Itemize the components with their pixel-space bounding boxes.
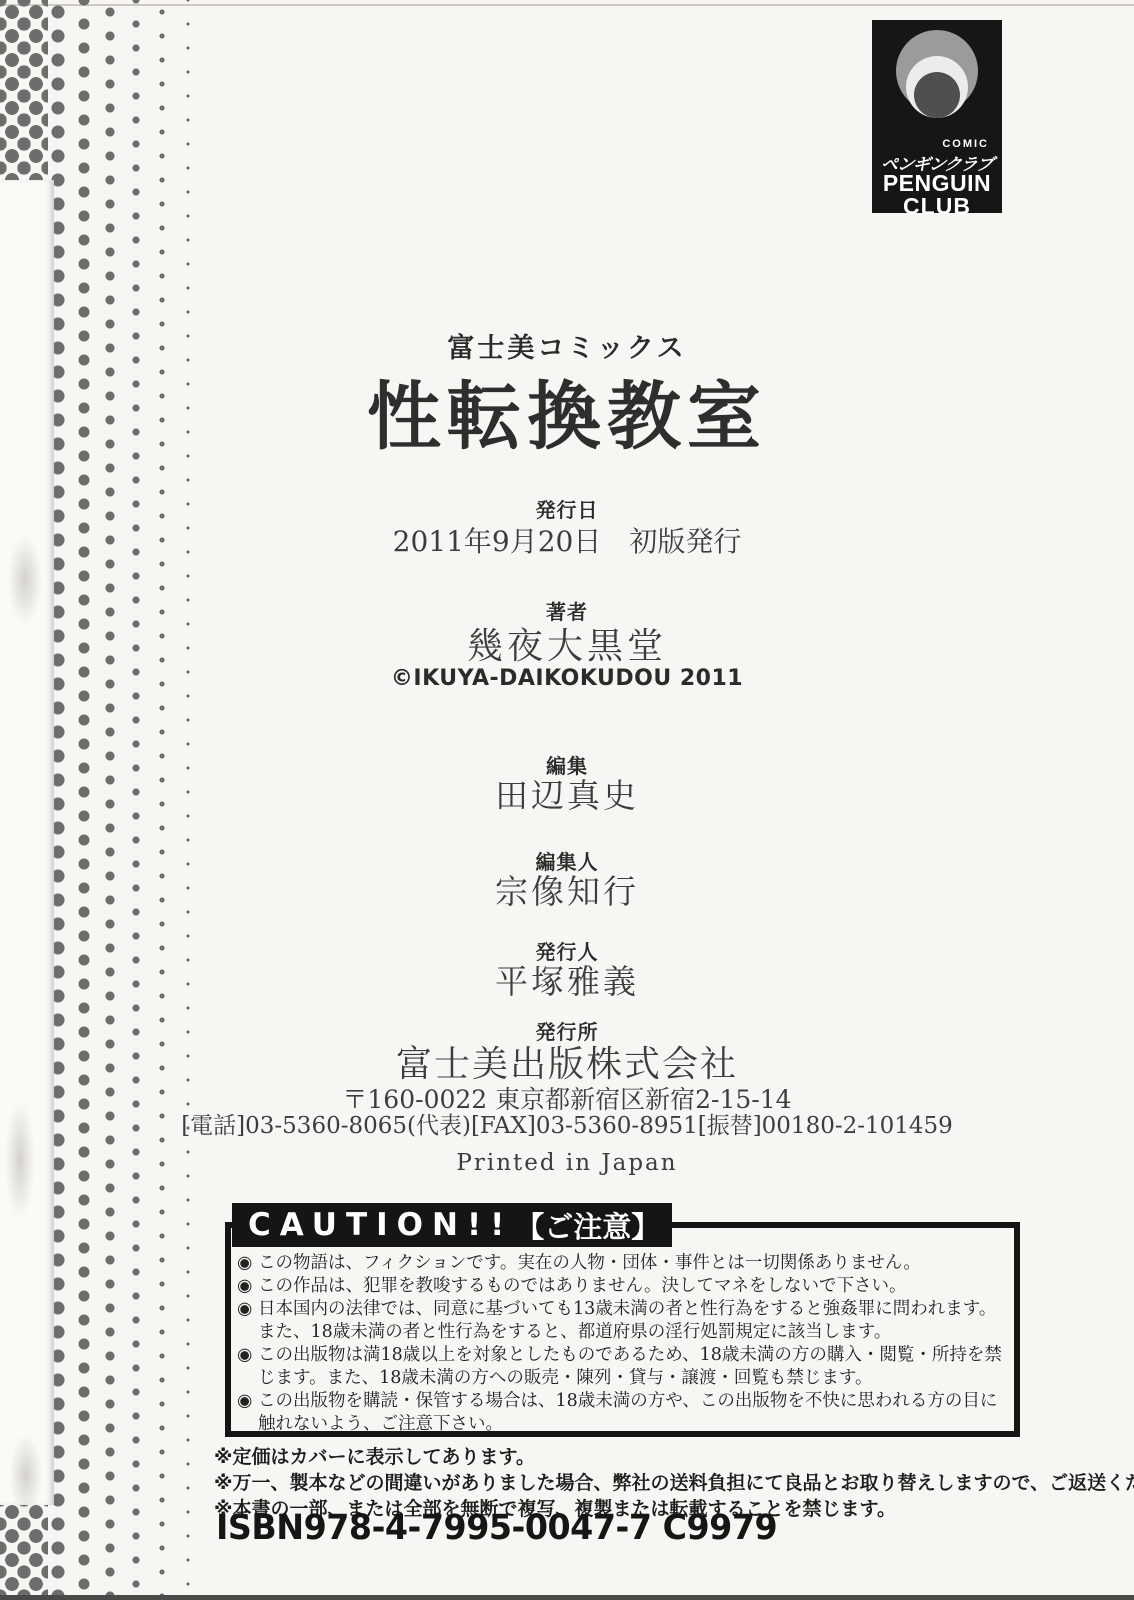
logo-club-text: CLUB	[872, 193, 1002, 220]
publication-date-label: 発行日	[0, 494, 1134, 523]
caution-item-text: この出版物は満18歳以上を対象としたものであるため、18歳未満の方の購入・閲覧・…	[258, 1345, 1002, 1388]
caution-item-text: 日本国内の法律では、同意に基づいても13歳未満の者と性行為をすると強姦罪に問われ…	[258, 1299, 996, 1342]
caution-item: ◉この出版物を購読・保管する場合は、18歳未満の方や、この出版物を不快に思われる…	[237, 1390, 1004, 1436]
isbn-code: ISBN978-4-7995-0047-7 C9979	[216, 1508, 777, 1548]
bullet-icon: ◉	[237, 1298, 258, 1321]
bullet-icon: ◉	[237, 1390, 258, 1413]
bullet-icon: ◉	[237, 1275, 258, 1298]
chief-editor-name: 宗像知行	[0, 866, 1134, 913]
logo-comic-text: COMIC	[942, 138, 989, 150]
editor-name: 田辺真史	[0, 770, 1134, 817]
note-line: ※万一、製本などの間違いがありました場合、弊社の送料負担にて良品とお取り替えしま…	[214, 1470, 1134, 1496]
caution-item-text: この出版物を購読・保管する場合は、18歳未満の方や、この出版物を不快に思われる方…	[258, 1391, 997, 1434]
copyright-line: ©IKUYA-DAIKOKUDOU 2011	[0, 666, 1134, 691]
book-title: 性転換教室	[0, 358, 1134, 464]
halftone-corner-top	[0, 0, 48, 185]
paper-smudge	[4, 1420, 48, 1530]
caution-item-text: この物語は、フィクションです。実在の人物・団体・事件とは一切関係ありません。	[258, 1253, 921, 1273]
printed-in-japan: Printed in Japan	[0, 1150, 1134, 1176]
bullet-icon: ◉	[237, 1344, 258, 1367]
publication-date: 2011年9月20日 初版発行	[0, 520, 1134, 560]
caution-banner: CAUTION!! 【ご注意】	[232, 1203, 672, 1247]
caution-item: ◉この作品は、犯罪を教唆するものではありません。決してマネをしないで下さい。	[237, 1275, 1004, 1298]
caution-item-text: この作品は、犯罪を教唆するものではありません。決してマネをしないで下さい。	[258, 1276, 907, 1296]
penguin-circle-inner-icon	[914, 72, 960, 118]
caution-box: CAUTION!! 【ご注意】 ◉この物語は、フィクションです。実在の人物・団体…	[225, 1222, 1020, 1437]
penguin-club-logo: COMIC ペンギンクラブ PENGUIN CLUB	[872, 20, 1002, 213]
publisher-name: 平塚雅義	[0, 956, 1134, 1003]
caution-item: ◉この物語は、フィクションです。実在の人物・団体・事件とは一切関係ありません。	[237, 1252, 1004, 1275]
colophon-page: COMIC ペンギンクラブ PENGUIN CLUB 富士美コミックス 性転換教…	[0, 0, 1134, 1600]
caution-list: ◉この物語は、フィクションです。実在の人物・団体・事件とは一切関係ありません。 …	[231, 1228, 1014, 1436]
note-line: ※定価はカバーに表示してあります。	[214, 1444, 1134, 1470]
scan-bottom-edge	[0, 1595, 1134, 1600]
publisher-phone: [電話]03-5360-8065(代表)[FAX]03-5360-8951[振替…	[0, 1107, 1134, 1140]
bullet-icon: ◉	[237, 1252, 258, 1275]
author-name: 幾夜大黒堂	[0, 618, 1134, 669]
caution-banner-en: CAUTION!!	[248, 1207, 513, 1243]
caution-item: ◉日本国内の法律では、同意に基づいても13歳未満の者と性行為をすると強姦罪に問わ…	[237, 1298, 1004, 1344]
caution-item: ◉この出版物は満18歳以上を対象としたものであるため、18歳未満の方の購入・閲覧…	[237, 1344, 1004, 1390]
caution-banner-ja: 【ご注意】	[515, 1205, 660, 1246]
